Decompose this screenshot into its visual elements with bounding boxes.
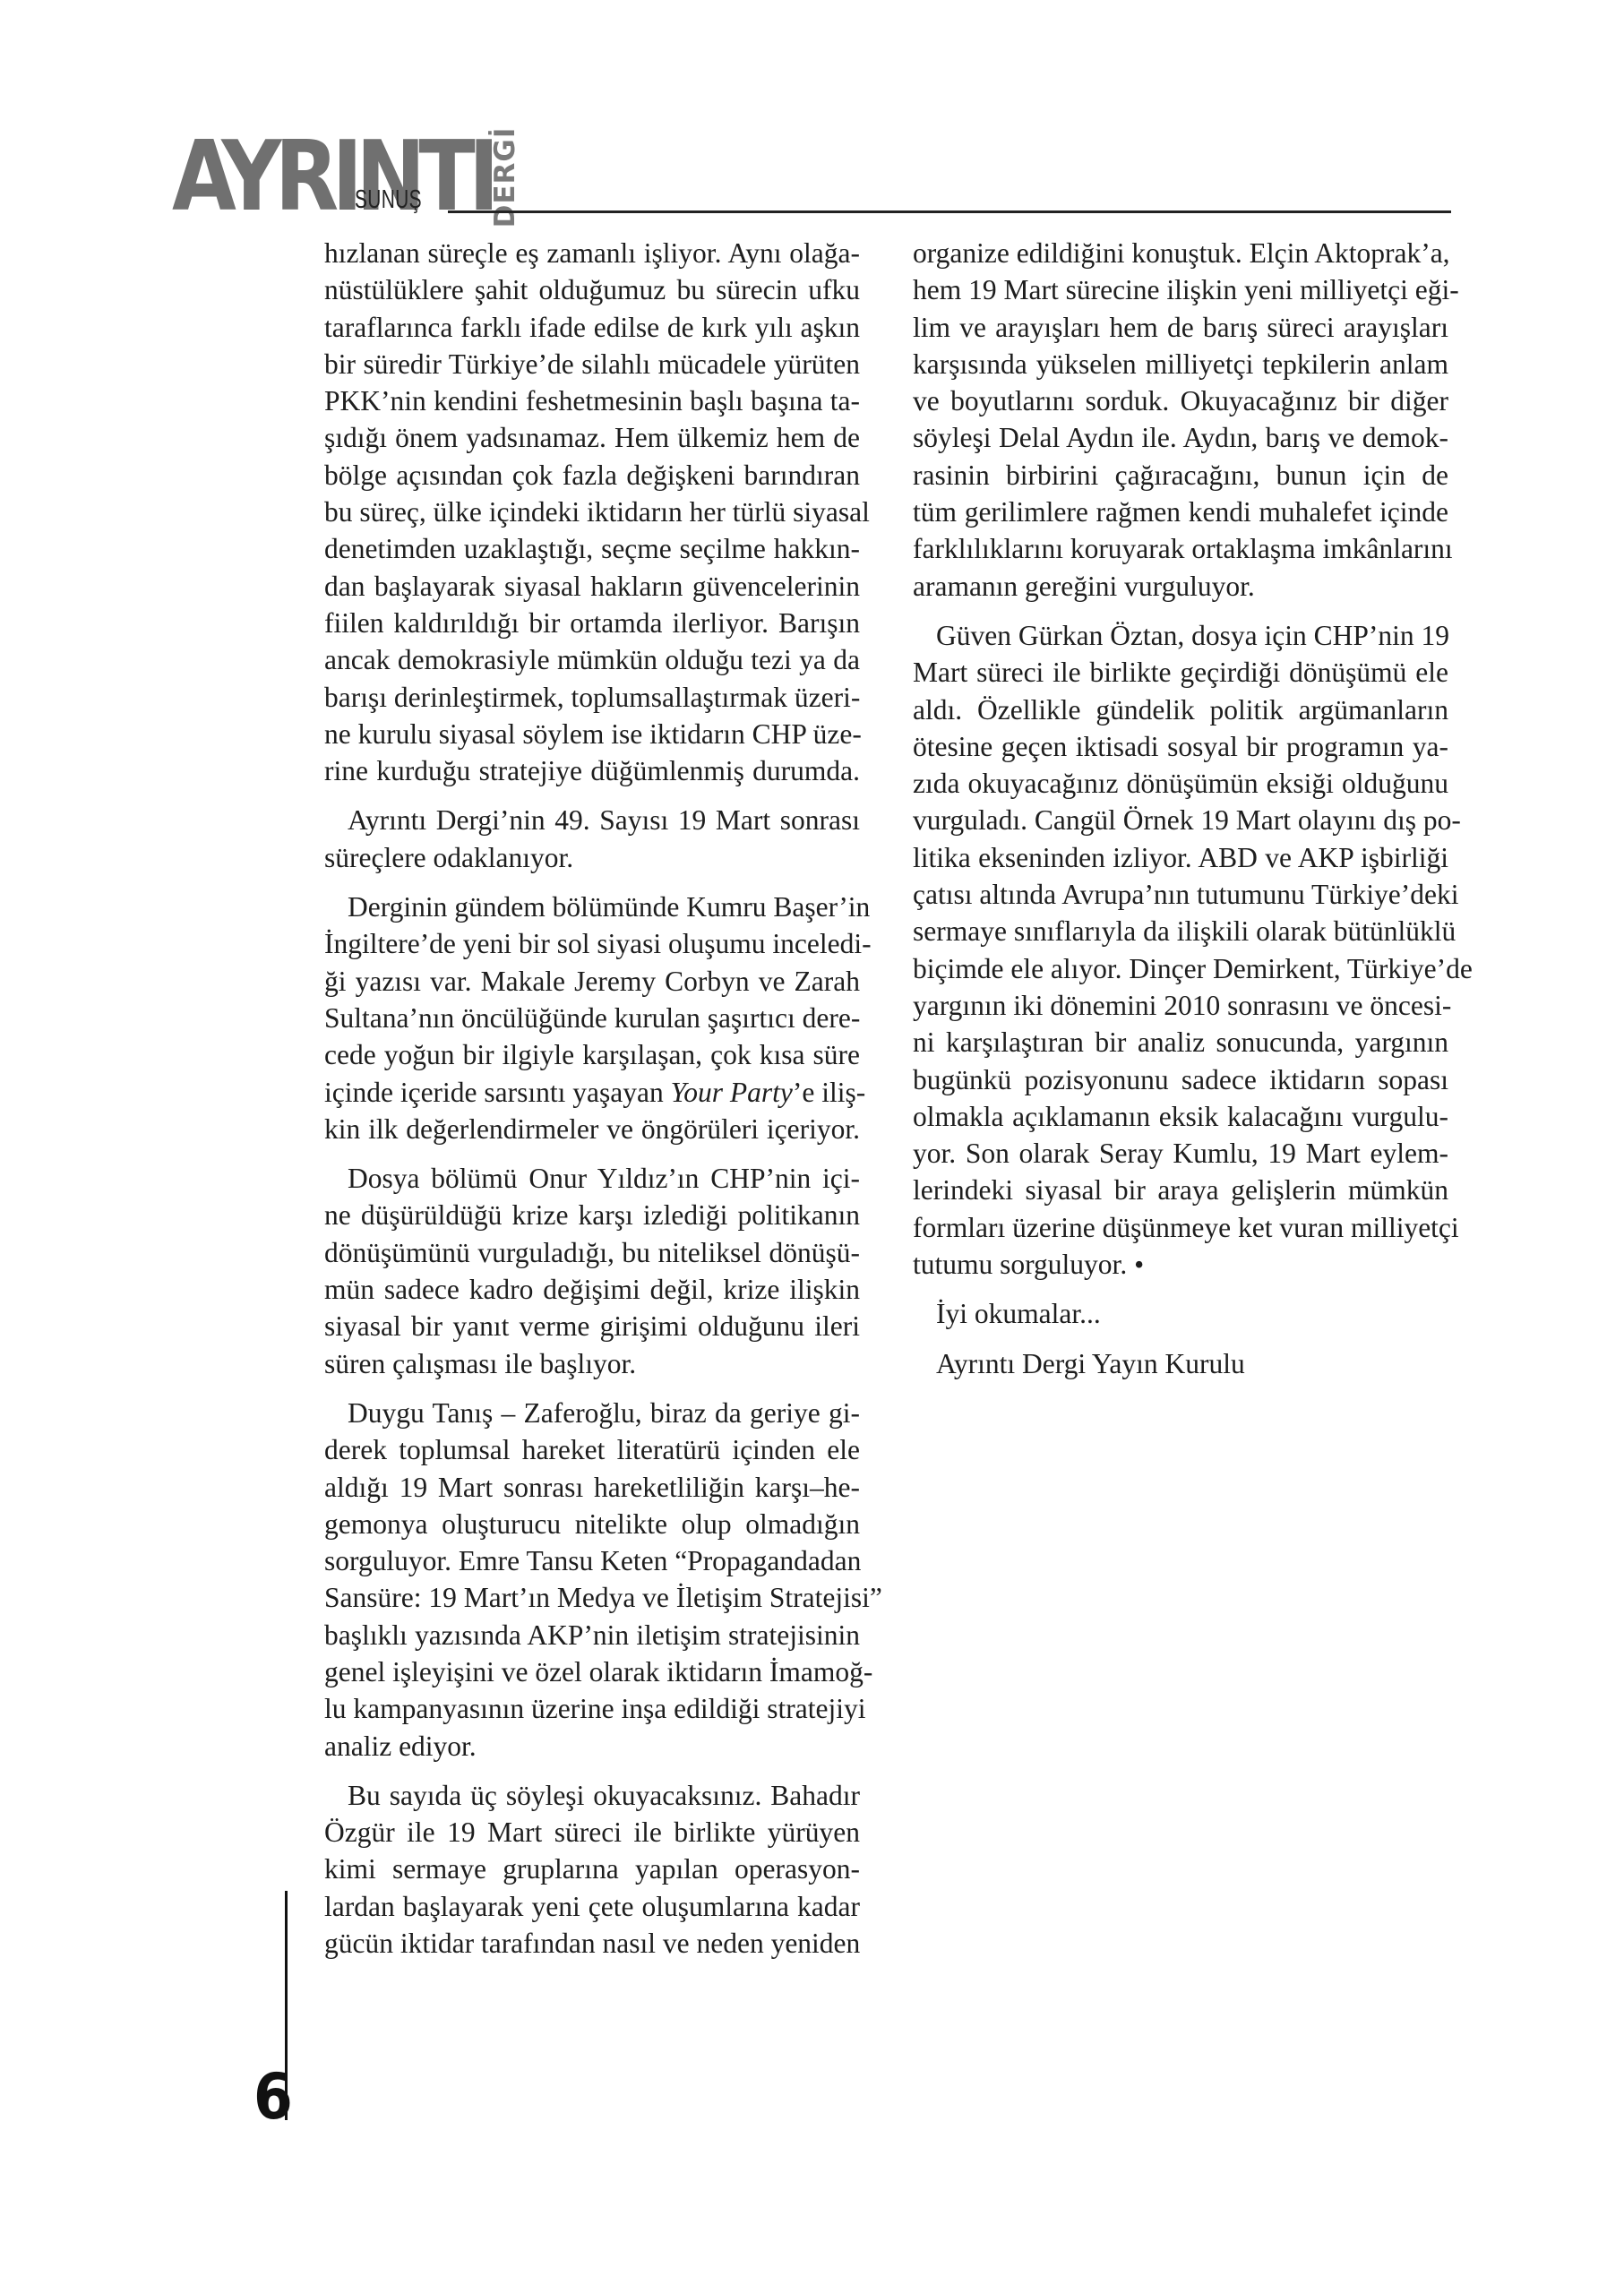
text-line: PKK’nin kendini feshetmesinin başlı başı…: [324, 382, 860, 419]
text-line: süreçlere odaklanıyor.: [324, 839, 860, 876]
text-line: ve boyutlarını sorduk. Okuyacağınız bir …: [913, 382, 1448, 419]
signature: Ayrıntı Dergi Yayın Kurulu: [913, 1345, 1448, 1382]
page-number: 6: [253, 2065, 293, 2128]
text-line: Duygu Tanış – Zaferoğlu, biraz da geriye…: [324, 1395, 860, 1431]
text-line: hızlanan süreçle eş zamanlı işliyor. Ayn…: [324, 235, 860, 271]
text-line: Özgür ile 19 Mart süreci ile birlikte yü…: [324, 1814, 860, 1851]
text-line: başlıklı yazısında AKP’nin iletişim stra…: [324, 1617, 860, 1653]
paragraph: Derginin gündem bölümünde Kumru Başer’in…: [324, 889, 860, 1147]
text-fragment: içinde içeride sarsıntı yaşayan: [324, 1077, 671, 1108]
text-line-with-italic: içinde içeride sarsıntı yaşayan Your Par…: [324, 1074, 860, 1111]
text-line: denetimden uzaklaştığı, seçme seçilme ha…: [324, 530, 860, 567]
text-line: ne düşürüldüğü krize karşı izlediği poli…: [324, 1197, 860, 1233]
text-line: analiz ediyor.: [324, 1728, 860, 1765]
paragraph: Bu sayıda üç söyleşi okuyacaksınız. Baha…: [324, 1777, 860, 1962]
text-line: söyleşi Delal Aydın ile. Aydın, barış ve…: [913, 419, 1448, 456]
text-line: karşısında yükselen milliyetçi tepkileri…: [913, 346, 1448, 382]
paragraph: Güven Gürkan Öztan, dosya için CHP’nin 1…: [913, 617, 1448, 1283]
logo-wordmark: AYRINTI: [172, 133, 493, 222]
text-line: bu süreç, ülke içindeki iktidarın her tü…: [324, 494, 860, 530]
text-line: gemonya oluşturucu nitelikte olup olmadı…: [324, 1506, 860, 1542]
text-line: ği yazısı var. Makale Jeremy Corbyn ve Z…: [324, 963, 860, 1000]
text-line: zıda okuyacağınız dönüşümün eksiği olduğ…: [913, 765, 1448, 802]
left-column: hızlanan süreçle eş zamanlı işliyor. Ayn…: [324, 235, 860, 1974]
text-line: dan başlayarak siyasal hakların güvencel…: [324, 568, 860, 605]
text-line: hem 19 Mart sürecine ilişkin yeni milliy…: [913, 271, 1448, 308]
text-line: çatısı altında Avrupa’nın tutumunu Türki…: [913, 876, 1448, 913]
text-line: kin ilk değerlendirmeler ve öngörüleri i…: [324, 1111, 860, 1147]
text-line: aldığı 19 Mart sonrası hareketliliğin ka…: [324, 1469, 860, 1506]
text-line: siyasal bir yanıt verme girişimi olduğun…: [324, 1308, 860, 1344]
text-line: rasinin birbirini çağıracağını, bunun iç…: [913, 457, 1448, 494]
text-line: sermaye sınıflarıyla da ilişkili olarak …: [913, 913, 1448, 949]
magazine-page: AYRINTI DERGİ SUNUŞ hızlanan süreçle eş …: [0, 0, 1624, 2293]
text-line: şıdığı önem yadsınamaz. Hem ülkemiz hem …: [324, 419, 860, 456]
text-line: ötesine geçen iktisadi sosyal bir progra…: [913, 728, 1448, 765]
text-line: Mart süreci ile birlikte geçirdiği dönüş…: [913, 654, 1448, 691]
paragraph: Dosya bölümü Onur Yıldız’ın CHP’nin içi-…: [324, 1160, 860, 1382]
text-line: lerindeki siyasal bir araya gelişlerin m…: [913, 1172, 1448, 1208]
text-line: taraflarınca farklı ifade edilse de kırk…: [324, 309, 860, 346]
text-line: Bu sayıda üç söyleşi okuyacaksınız. Baha…: [324, 1777, 860, 1814]
text-line: cede yoğun bir ilgiyle karşılaşan, çok k…: [324, 1036, 860, 1073]
text-line: rine kurduğu stratejiye düğümlenmiş duru…: [324, 752, 860, 789]
text-line: barışı derinleştirmek, toplumsallaştırma…: [324, 679, 860, 716]
text-line: Ayrıntı Dergi’nin 49. Sayısı 19 Mart son…: [324, 802, 860, 838]
text-line: yor. Son olarak Seray Kumlu, 19 Mart eyl…: [913, 1135, 1448, 1172]
closing-greeting: İyi okumalar...: [913, 1295, 1448, 1332]
text-line: gücün iktidar tarafından nasıl ve neden …: [324, 1925, 860, 1962]
text-line: Sansüre: 19 Mart’ın Medya ve İletişim St…: [324, 1579, 860, 1616]
text-line: nüstülüklere şahit olduğumuz bu sürecin …: [324, 271, 860, 308]
text-line: litika ekseninden izliyor. ABD ve AKP iş…: [913, 839, 1448, 876]
paragraph: organize edildiğini konuştuk. Elçin Akto…: [913, 235, 1448, 605]
text-line: Sultana’nın öncülüğünde kurulan şaşırtıc…: [324, 1000, 860, 1036]
italic-title: Your Party: [671, 1077, 793, 1108]
text-line: fiilen kaldırıldığı bir ortamda ilerliyo…: [324, 605, 860, 641]
text-line: ne kurulu siyasal söylem ise iktidarın C…: [324, 716, 860, 752]
text-line: formları üzerine düşünmeye ket vuran mil…: [913, 1209, 1448, 1246]
text-line: lu kampanyasının üzerine inşa edildiği s…: [324, 1690, 860, 1727]
text-line: tüm gerilimlere rağmen kendi muhalefet i…: [913, 494, 1448, 530]
text-line: aramanın gereğini vurguluyor.: [913, 568, 1448, 605]
right-column: organize edildiğini konuştuk. Elçin Akto…: [913, 235, 1448, 1395]
text-line: Derginin gündem bölümünde Kumru Başer’in: [324, 889, 860, 925]
text-line: bir süredir Türkiye’de silahlı mücadele …: [324, 346, 860, 382]
section-title: SUNUŞ: [355, 185, 422, 215]
paragraph: hızlanan süreçle eş zamanlı işliyor. Ayn…: [324, 235, 860, 789]
text-line: ni karşılaştıran bir analiz sonucunda, y…: [913, 1024, 1448, 1061]
text-line: İyi okumalar...: [913, 1295, 1448, 1332]
text-line: Dosya bölümü Onur Yıldız’ın CHP’nin içi-: [324, 1160, 860, 1197]
text-line: bölge açısından çok fazla değişkeni barı…: [324, 457, 860, 494]
text-line: organize edildiğini konuştuk. Elçin Akto…: [913, 235, 1448, 271]
logo-side-label: DERGİ: [491, 140, 520, 215]
text-line: sorguluyor. Emre Tansu Keten “Propaganda…: [324, 1542, 860, 1579]
text-line: vurguladı. Cangül Örnek 19 Mart olayını …: [913, 802, 1448, 838]
text-line: bugünkü pozisyonunu sadece iktidarın sop…: [913, 1061, 1448, 1098]
text-line: Ayrıntı Dergi Yayın Kurulu: [913, 1345, 1448, 1382]
paragraph: Ayrıntı Dergi’nin 49. Sayısı 19 Mart son…: [324, 802, 860, 876]
text-line: olmakla açıklamanın eksik kalacağını vur…: [913, 1098, 1448, 1135]
text-line: biçimde ele alıyor. Dinçer Demirkent, Tü…: [913, 950, 1448, 987]
text-line: lim ve arayışları hem de barış süreci ar…: [913, 309, 1448, 346]
text-line: kimi sermaye gruplarına yapılan operasyo…: [324, 1851, 860, 1887]
text-line: mün sadece kadro değişimi değil, krize i…: [324, 1271, 860, 1308]
text-line: genel işleyişini ve özel olarak iktidarı…: [324, 1653, 860, 1690]
text-line: tutumu sorguluyor. •: [913, 1246, 1448, 1283]
text-line: lardan başlayarak yeni çete oluşumlarına…: [324, 1888, 860, 1925]
text-line: aldı. Özellikle gündelik politik argüman…: [913, 691, 1448, 728]
text-line: Güven Gürkan Öztan, dosya için CHP’nin 1…: [913, 617, 1448, 654]
text-line: yargının iki dönemini 2010 sonrasını ve …: [913, 987, 1448, 1024]
text-line: süren çalışması ile başlıyor.: [324, 1345, 860, 1382]
text-line: dönüşümünü vurguladığı, bu niteliksel dö…: [324, 1234, 860, 1271]
text-line: ancak demokrasiyle mümkün olduğu tezi ya…: [324, 641, 860, 678]
text-line: derek toplumsal hareket literatürü içind…: [324, 1431, 860, 1468]
header-rule: [448, 210, 1451, 213]
text-line: farklılıklarını koruyarak ortaklaşma imk…: [913, 530, 1448, 567]
text-line: İngiltere’de yeni bir sol siyasi oluşumu…: [324, 925, 860, 962]
paragraph: Duygu Tanış – Zaferoğlu, biraz da geriye…: [324, 1395, 860, 1765]
text-fragment: ’e iliş-: [793, 1077, 865, 1108]
